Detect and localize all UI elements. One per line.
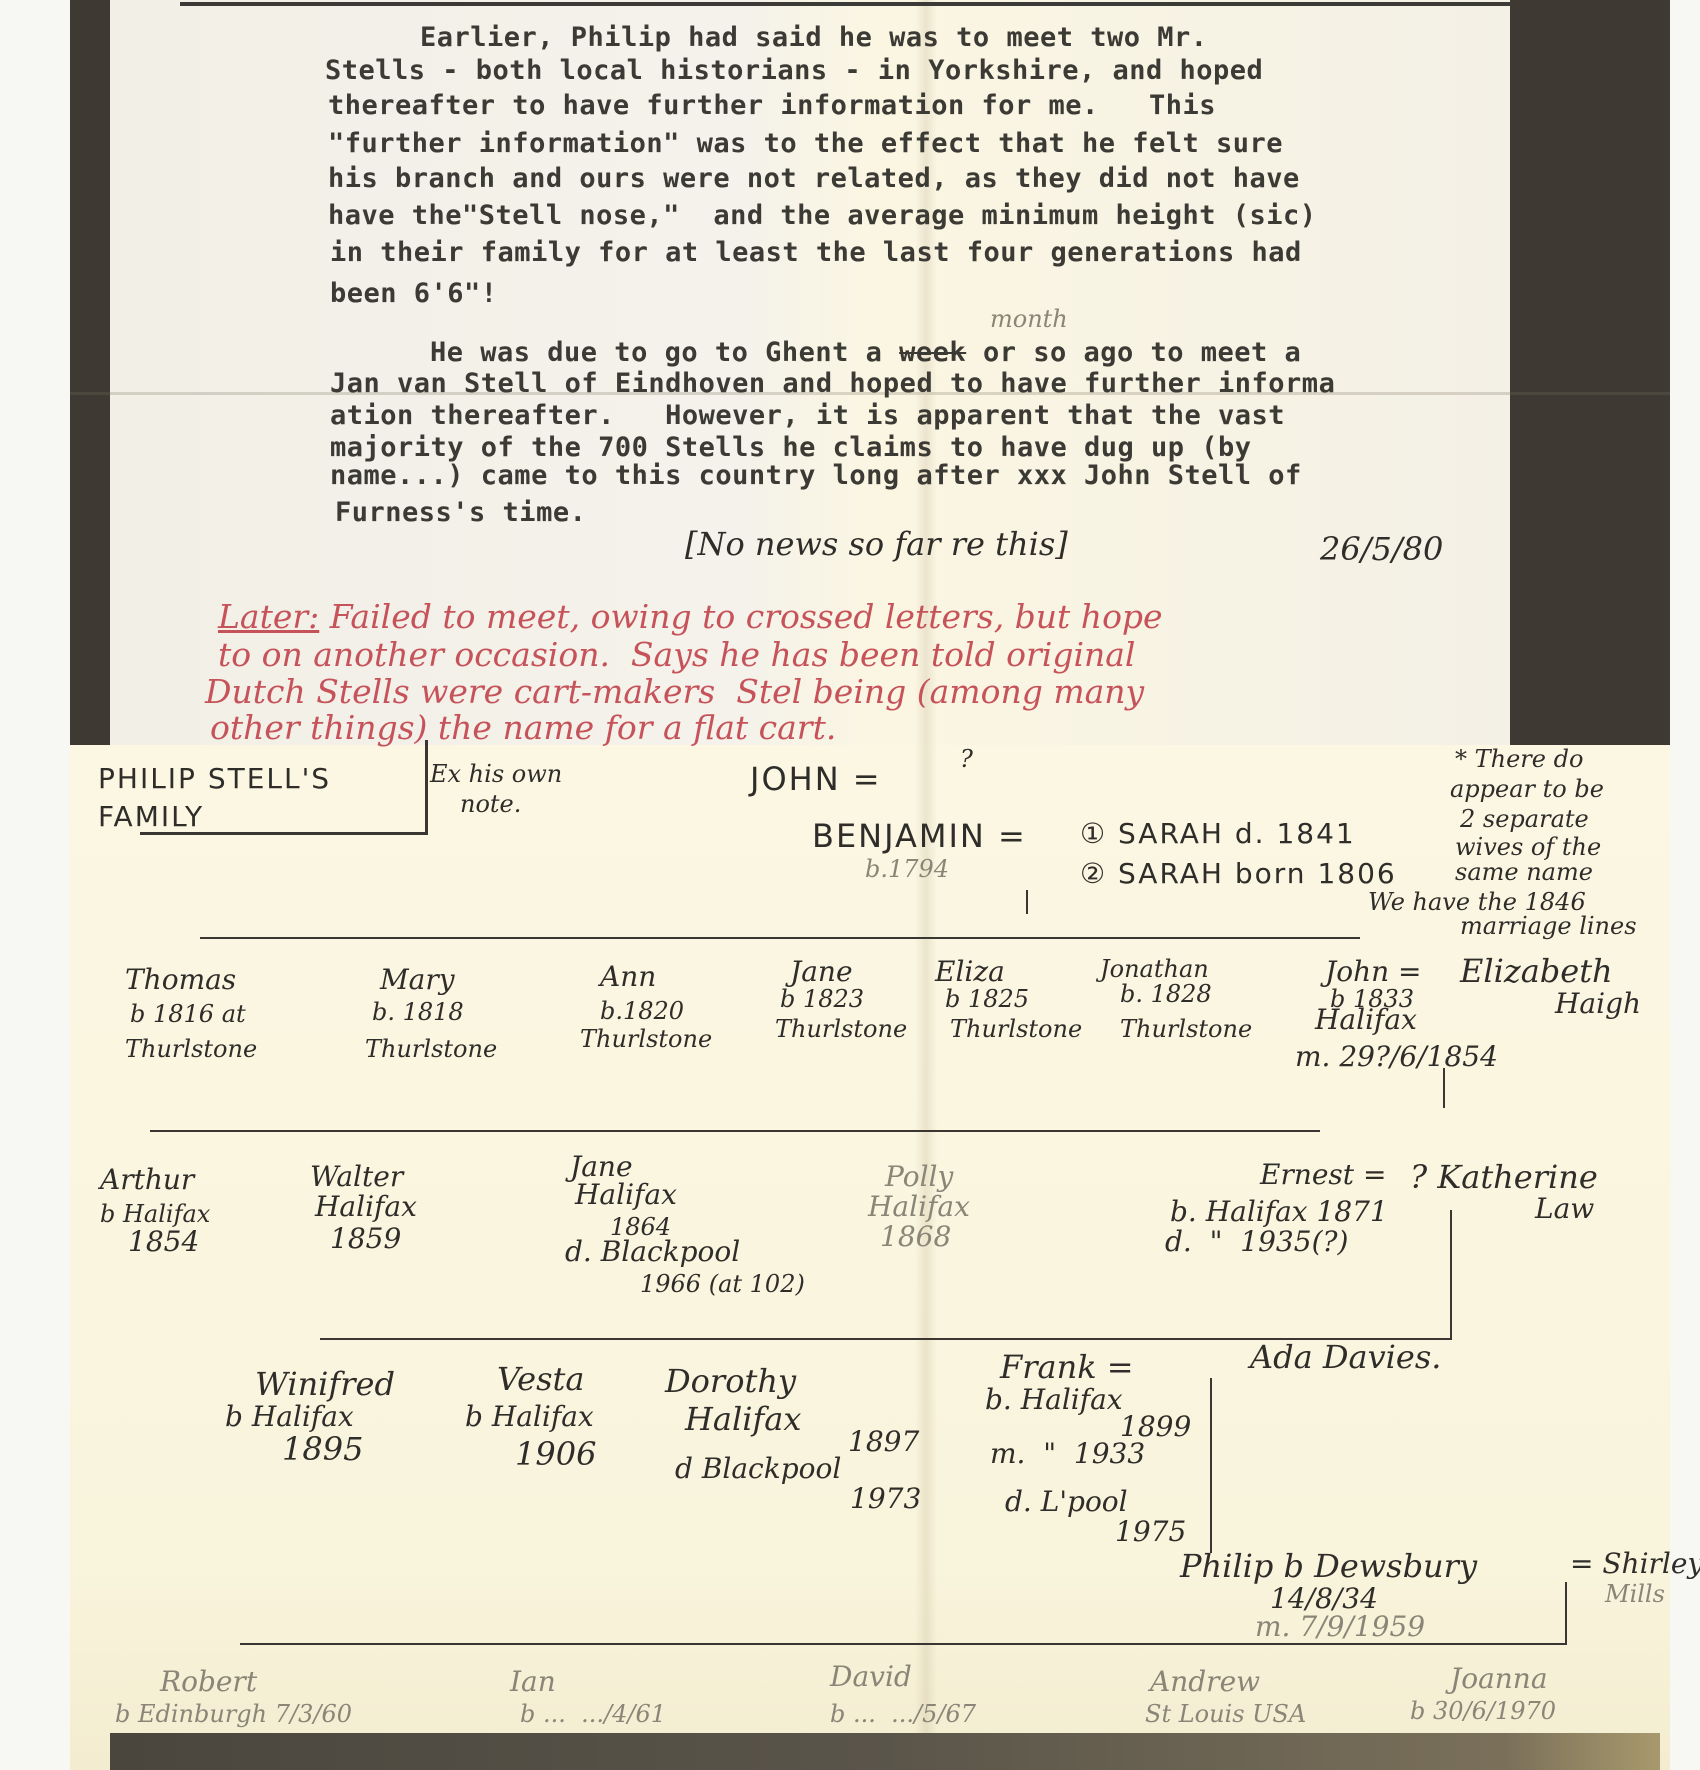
handwritten-note: [No news so far re this] [685,525,1068,563]
philip-descent-line [1565,1582,1567,1644]
top-border-line [180,2,1510,6]
child-detail: b ... .../5/67 [830,1700,976,1728]
child-detail: 1854 [128,1225,199,1258]
red-line: Later: Failed to meet, owing to crossed … [218,597,1163,636]
side-note-line: wives of the [1455,833,1601,861]
spouse-ada: Ada Davies. [1250,1338,1441,1376]
handwritten-insertion: month [990,305,1068,333]
spouse-elizabeth: Elizabeth [1460,952,1613,990]
child-frank: Frank = [1000,1348,1134,1386]
child-andrew: Andrew [1150,1665,1260,1698]
person-benjamin: BENJAMIN = [812,817,1027,855]
red-label: Later: [218,597,319,636]
child-winifred: Winifred [255,1365,395,1403]
source-note: Ex his own [430,760,562,788]
typed-text: He was due to go to Ghent a [430,337,899,368]
child-joanna: Joanna [1450,1662,1548,1695]
tree-title-line: PHILIP STELL'S [98,762,331,795]
person-john: JOHN = [750,760,882,798]
typed-line: Stells - both local historians - in York… [325,55,1263,86]
typed-line: name...) came to this country long after… [330,460,1302,491]
child-ian: Ian [510,1665,556,1698]
spouse-unknown: ? [960,745,973,773]
child-polly: Polly [885,1160,953,1193]
child-detail: 1906 [515,1435,596,1473]
child-detail: b Halifax [225,1400,354,1433]
child-detail: Thurlstone [365,1035,497,1063]
child-eliza: Eliza [935,955,1005,988]
child-detail: d. L'pool [1005,1485,1128,1518]
child-detail: Thurlstone [1120,1015,1252,1043]
child-detail: Halifax [1315,1003,1417,1036]
child-jane: Jane [790,955,853,988]
child-detail: Thurlstone [580,1025,712,1053]
typed-line: Earlier, Philip had said he was to meet … [420,22,1208,53]
child-detail: Halifax [575,1178,677,1211]
side-note-line: same name [1455,858,1593,886]
child-john: John = [1325,955,1422,988]
typed-text: or so ago to meet a [966,337,1301,368]
child-vesta: Vesta [497,1360,584,1398]
child-detail: St Louis USA [1145,1700,1306,1728]
child-detail: Thurlstone [125,1035,257,1063]
child-detail: 1966 (at 102) [640,1270,805,1298]
child-detail: b 1816 at [130,1000,246,1028]
red-text: Failed to meet, owing to crossed letters… [319,597,1162,636]
note-date: 26/5/80 [1320,530,1443,568]
child-detail: Halifax [685,1400,801,1438]
child-jonathan: Jonathan [1100,955,1209,983]
child-detail: 1859 [330,1222,401,1255]
child-detail: b 1823 [780,985,864,1013]
child-robert: Robert [160,1665,257,1698]
child-detail: b. 1828 [1120,980,1212,1008]
child-detail: b ... .../4/61 [520,1700,666,1728]
child-mary: Mary [380,963,455,996]
typed-line: ation thereafter. However, it is apparen… [330,400,1285,431]
spouse-sarah-2: ② SARAH born 1806 [1080,857,1397,890]
spouse-sarah-1: ① SARAH d. 1841 [1080,817,1356,850]
tree-title-line: FAMILY [98,800,204,833]
child-detail: b. Halifax 1871 [1170,1195,1388,1228]
spouse-shirley: = Shirley [1570,1547,1700,1580]
child-detail: b. 1818 [372,998,464,1026]
child-detail: b.1820 [600,997,684,1025]
child-detail: d Blackpool [675,1452,841,1485]
gen3-sibling-line [200,937,1360,939]
typed-line: thereafter to have further information f… [328,90,1216,121]
spouse-katherine: ? Katherine [1410,1158,1598,1196]
source-note: note. [460,790,521,818]
side-note-line: 2 separate [1460,805,1589,833]
child-detail: Thurlstone [775,1015,907,1043]
title-box-right [425,740,428,832]
bottom-dark-band [110,1733,1660,1770]
child-detail: 1868 [880,1220,951,1253]
typed-line: Furness's time. [335,497,586,528]
gen4-sibling-line [150,1130,1320,1132]
child-arthur: Arthur [100,1163,194,1196]
red-line: Dutch Stells were cart-makers Stel being… [205,672,1144,711]
title-box-bottom [140,832,428,835]
typed-line: in their family for at least the last fo… [330,237,1302,268]
spouse-elizabeth-surname: Haigh [1555,987,1641,1020]
typed-line: have the"Stell nose," and the average mi… [328,200,1317,231]
person-philip: Philip b Dewsbury [1180,1547,1477,1585]
child-david: David [830,1660,912,1693]
child-detail: Thurlstone [950,1015,1082,1043]
child-detail: Halifax [868,1190,970,1223]
child-detail: 1897 [848,1425,919,1458]
child-dorothy: Dorothy [665,1362,796,1400]
benjamin-descent-line [1026,890,1028,914]
red-line: other things) the name for a flat cart. [210,708,836,747]
child-detail: b Halifax [465,1400,594,1433]
child-detail: 1895 [282,1430,363,1468]
typed-line: been 6'6"! [330,278,498,309]
typed-line: majority of the 700 Stells he claims to … [330,432,1252,463]
typed-line: "further information" was to the effect … [328,128,1283,159]
struck-word: week [899,337,966,368]
child-detail: 1975 [1115,1515,1186,1548]
child-detail: b Edinburgh 7/3/60 [115,1700,352,1728]
spouse-katherine-surname: Law [1535,1192,1594,1225]
child-detail: b 1825 [945,985,1029,1013]
benjamin-born: b.1794 [865,855,949,883]
frank-descent-line [1210,1378,1212,1553]
child-detail: m. " 1933 [990,1437,1145,1470]
john-descent-line [1443,1068,1445,1108]
side-note-line: * There do [1455,745,1583,773]
typed-line: his branch and ours were not related, as… [328,163,1300,194]
child-walter: Walter [310,1160,403,1193]
child-detail: b Halifax [100,1200,210,1228]
child-detail: d. Blackpool [565,1235,740,1268]
side-note-line: appear to be [1450,775,1604,803]
child-detail: 1973 [850,1482,921,1515]
philip-detail: m. 7/9/1959 [1255,1610,1425,1643]
gen7-sibling-line [240,1643,1567,1645]
child-detail: b 30/6/1970 [1410,1697,1556,1725]
child-thomas: Thomas [125,963,236,996]
child-detail: b. Halifax [985,1383,1123,1416]
spouse-shirley-surname: Mills [1605,1580,1665,1608]
ernest-descent-line [1450,1210,1452,1340]
typed-line: Jan van Stell of Eindhoven and hoped to … [330,368,1335,399]
red-line: to on another occasion. Says he has been… [218,635,1135,674]
child-detail: m. 29?/6/1854 [1295,1040,1498,1073]
child-detail: d. " 1935(?) [1165,1225,1348,1258]
typed-line: He was due to go to Ghent a week or so a… [430,337,1301,368]
child-detail: Halifax [315,1190,417,1223]
marriage-note: marriage lines [1460,912,1637,940]
child-ernest: Ernest = [1260,1158,1386,1191]
child-ann: Ann [600,960,656,993]
